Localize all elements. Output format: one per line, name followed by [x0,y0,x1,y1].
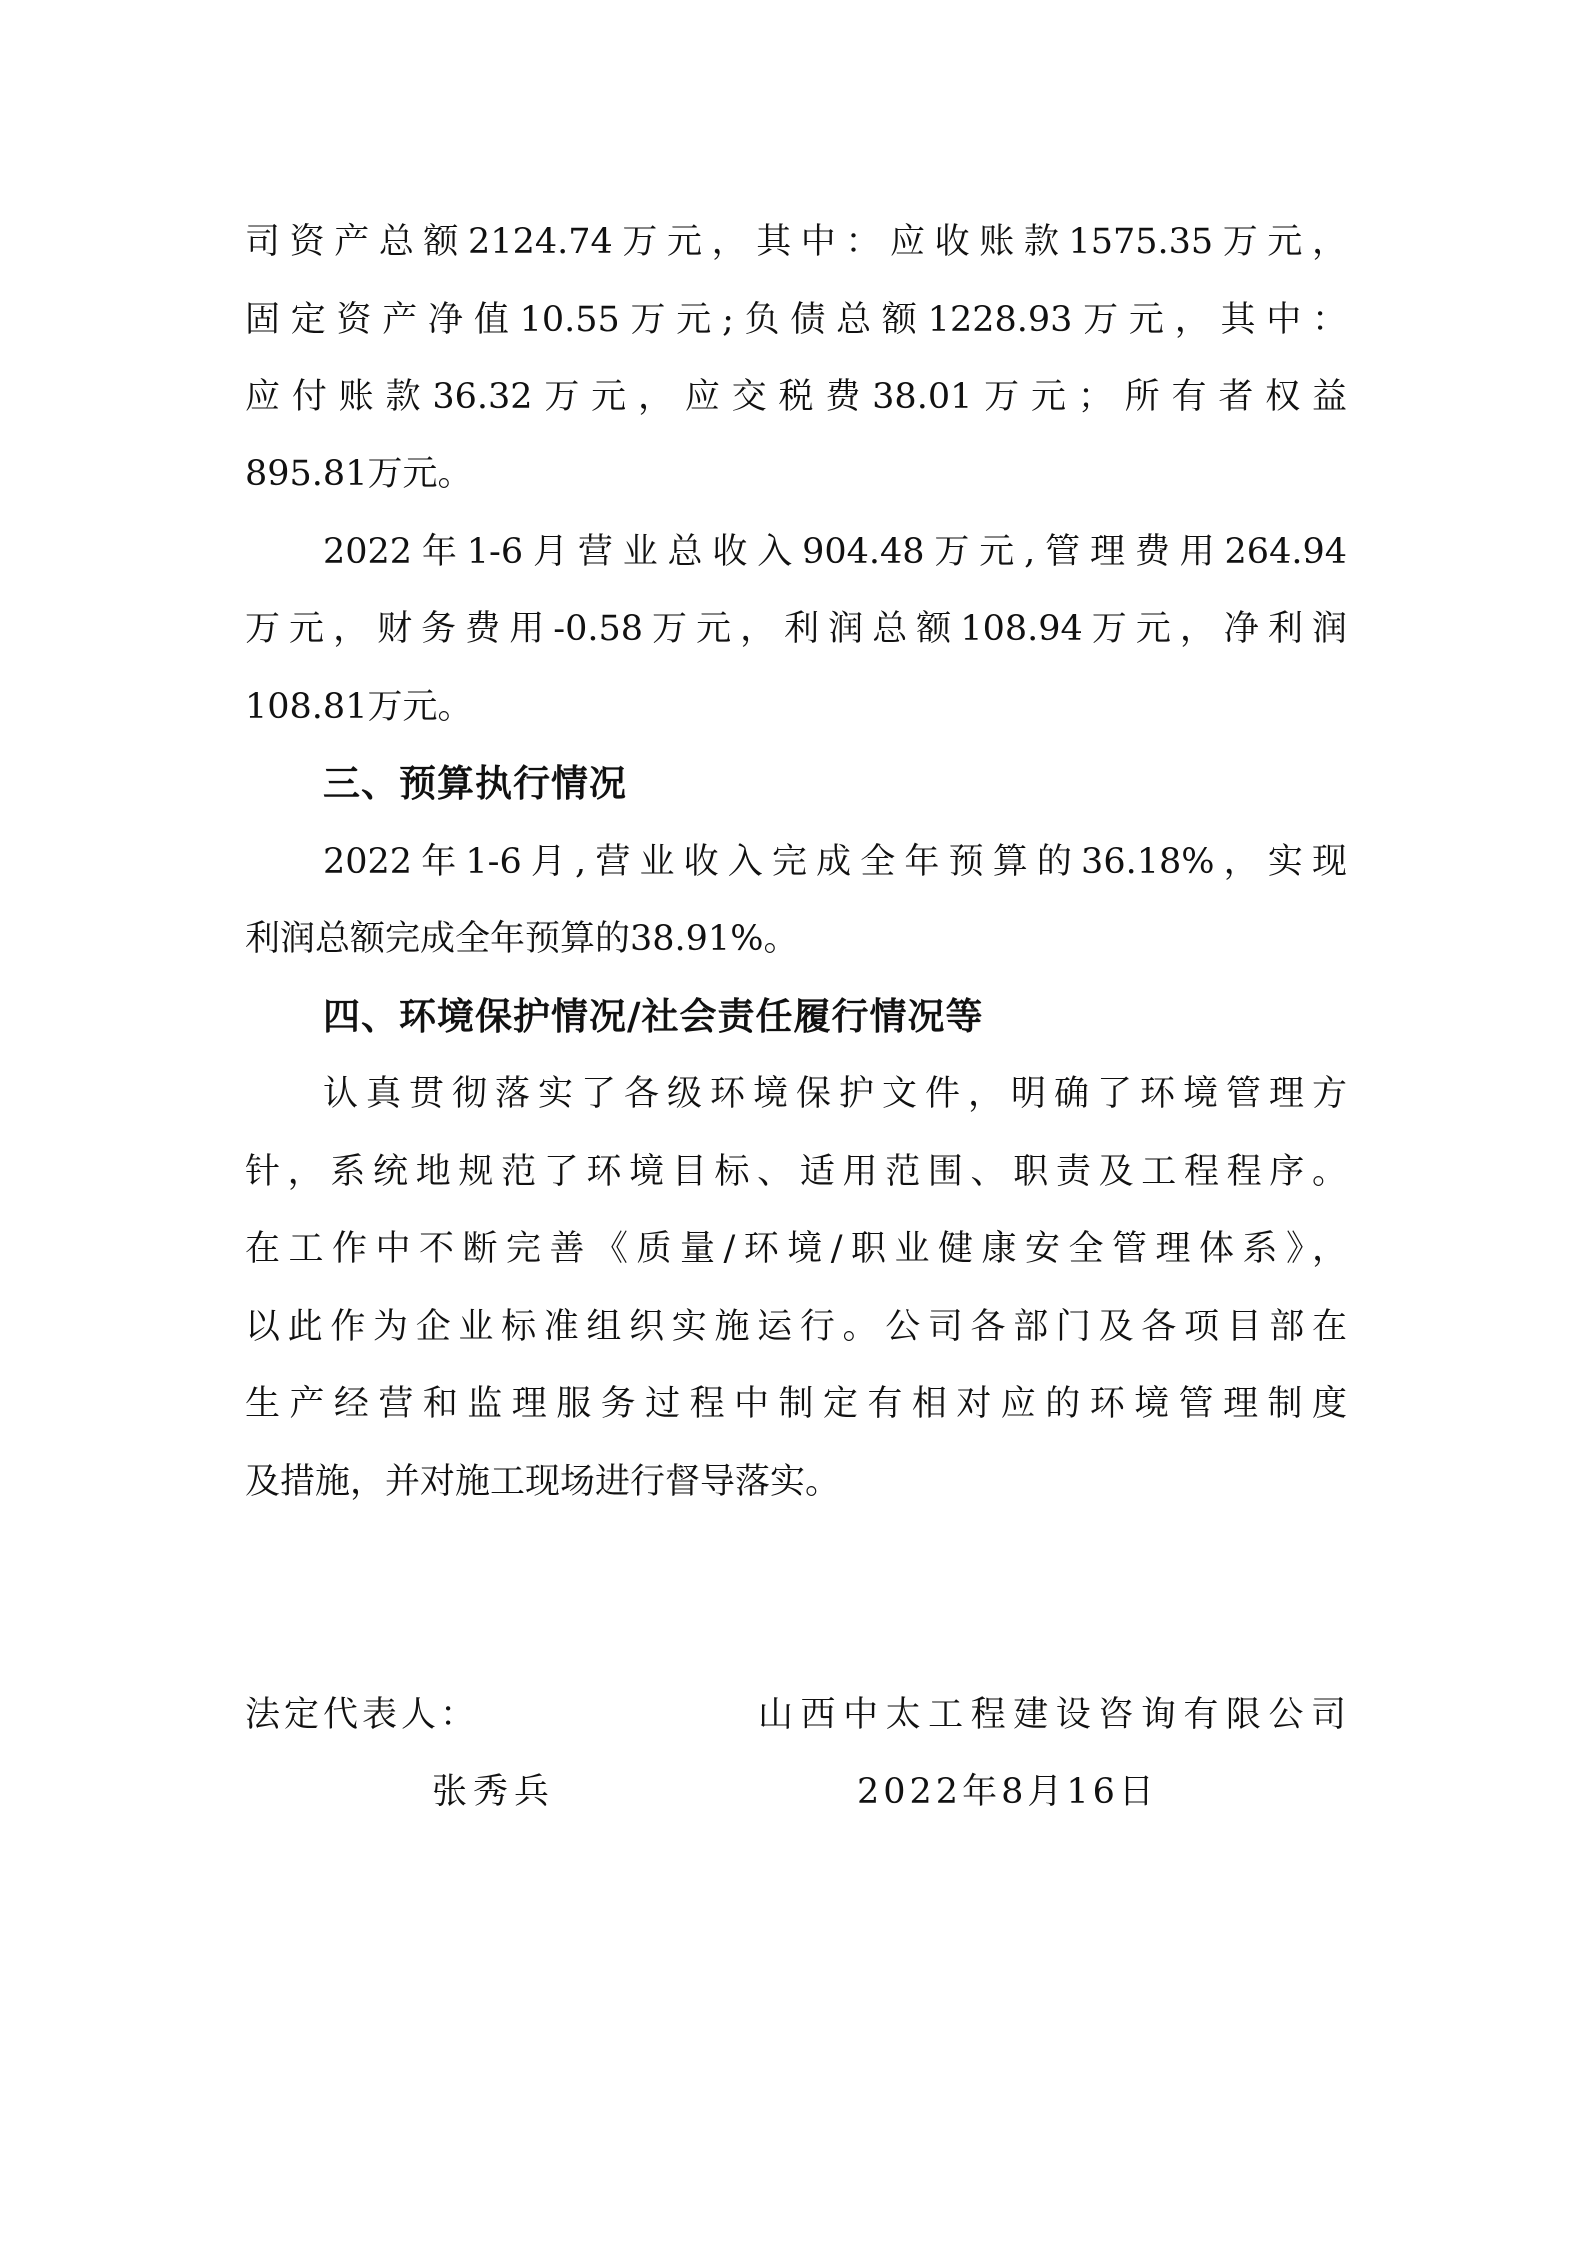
company-name: 山西中太工程建设咨询有限公司 [758,1687,1346,1743]
paragraph-income-line-1: 2022年1-6月营业总收入904.48万元,管理费用264.94 [245,524,1347,580]
section-4-line-6: 及措施，并对施工现场进行督导落实。 [245,1454,1347,1510]
paragraph-financials-line-4: 895.81万元。 [245,446,1347,502]
section-4-line-1: 认真贯彻落实了各级环境保护文件，明确了环境管理方 [245,1066,1347,1122]
signature-date: 2022年8月16日 [857,1764,1158,1820]
section-4-line-5: 生产经营和监理服务过程中制定有相对应的环境管理制度 [245,1376,1347,1432]
legal-representative-label: 法定代表人： [245,1687,479,1743]
section-4-line-3: 在工作中不断完善《质量/环境/职业健康安全管理体系》， [245,1221,1347,1277]
legal-representative-name: 张秀兵 [432,1764,555,1820]
section-4-heading: 四、环境保护情况/社会责任履行情况等 [323,989,984,1045]
section-4-line-2: 针，系统地规范了环境目标、适用范围、职责及工程程序。 [245,1144,1347,1200]
paragraph-income-line-2: 万元，财务费用-0.58万元，利润总额108.94万元，净利润 [245,601,1347,657]
paragraph-income-line-3: 108.81万元。 [245,679,1347,735]
section-3-line-2: 利润总额完成全年预算的38.91%。 [245,911,1347,967]
document-page: 司资产总额2124.74万元，其中：应收账款1575.35万元， 固定资产净值1… [0,0,1587,2245]
paragraph-financials-line-1: 司资产总额2124.74万元，其中：应收账款1575.35万元， [245,214,1347,270]
paragraph-financials-line-2: 固定资产净值10.55万元;负债总额1228.93万元，其中： [245,292,1347,348]
section-4-line-4: 以此作为企业标准组织实施运行。公司各部门及各项目部在 [245,1299,1347,1355]
section-3-heading: 三、预算执行情况 [323,756,627,812]
paragraph-financials-line-3: 应付账款36.32万元，应交税费38.01万元；所有者权益 [245,369,1347,425]
section-3-line-1: 2022年1-6月,营业收入完成全年预算的36.18%，实现 [245,834,1347,890]
